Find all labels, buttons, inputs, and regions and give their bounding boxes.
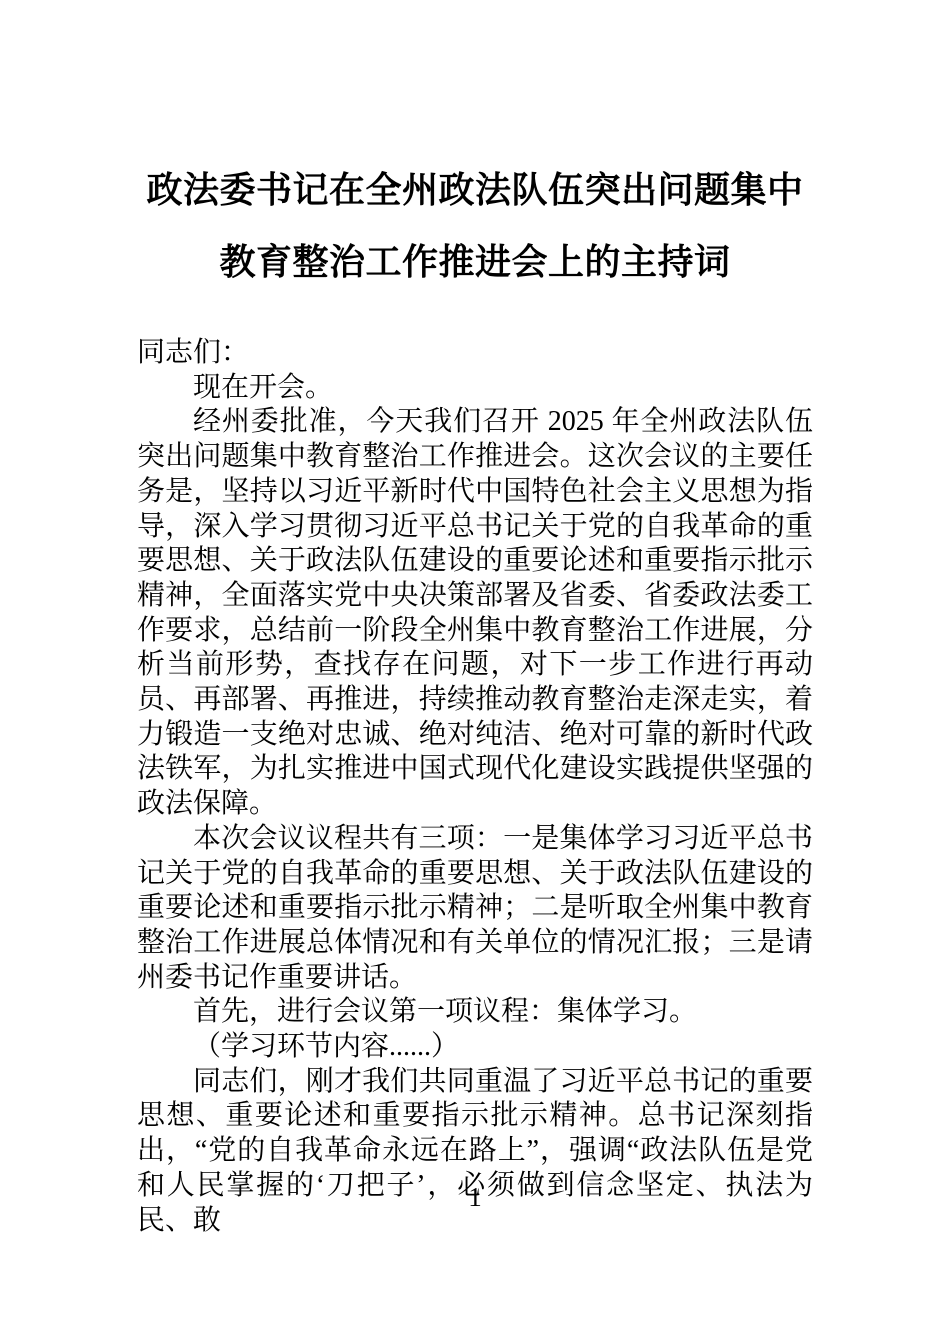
paragraph-salutation: 同志们： xyxy=(137,336,813,371)
page-number: 1 xyxy=(0,1181,950,1213)
document-title: 政法委书记在全州政法队伍突出问题集中 教育整治工作推进会上的主持词 xyxy=(137,154,813,298)
document-body: 同志们： 现在开会。 经州委批准，今天我们召开 2025 年全州政法队伍突出问题… xyxy=(137,336,813,1238)
paragraph-meeting-purpose: 经州委批准，今天我们召开 2025 年全州政法队伍突出问题集中教育整治工作推进会… xyxy=(137,405,813,821)
document-title-line-2: 教育整治工作推进会上的主持词 xyxy=(137,226,813,298)
paragraph-opening: 现在开会。 xyxy=(137,371,813,406)
paragraph-study-placeholder: （学习环节内容......） xyxy=(137,1030,813,1065)
document-page: 政法委书记在全州政法队伍突出问题集中 教育整治工作推进会上的主持词 同志们： 现… xyxy=(0,0,950,1344)
document-title-line-1: 政法委书记在全州政法队伍突出问题集中 xyxy=(137,154,813,226)
paragraph-first-agenda-item: 首先，进行会议第一项议程：集体学习。 xyxy=(137,995,813,1030)
paragraph-agenda: 本次会议议程共有三项：一是集体学习习近平总书记关于党的自我革命的重要思想、关于政… xyxy=(137,822,813,996)
